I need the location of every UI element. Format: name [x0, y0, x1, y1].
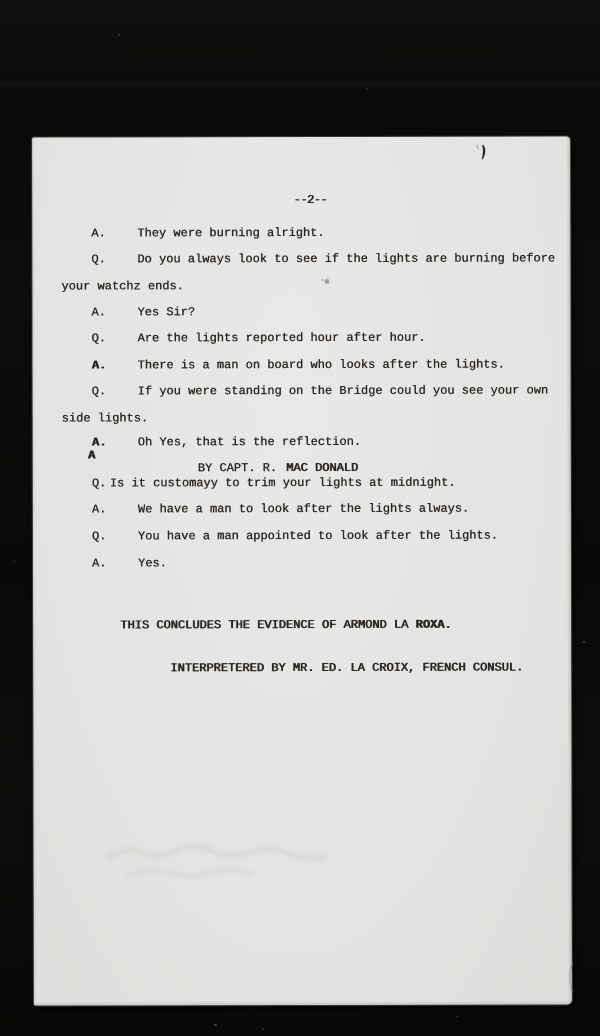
qa-text: Do you always look to see if the lights … [137, 251, 555, 266]
qa-text: We have a man to look after the lights a… [138, 502, 469, 517]
qa-line: A.Yes Sir? [91, 305, 195, 319]
scanned-page-background: --2-- A.They were burning alright. Q.Do … [0, 0, 600, 1036]
qa-text: Are the lights reported hour after hour. [137, 331, 425, 346]
qa-label: A. [91, 226, 137, 240]
qa-text: You have a man appointed to look after t… [138, 529, 498, 544]
qa-text: Oh Yes, that is the reflection. [138, 435, 361, 449]
qa-text: Yes. [138, 556, 167, 570]
dust-speck [583, 641, 585, 643]
qa-line: A.We have a man to look after the lights… [92, 502, 469, 517]
qa-label: A. [91, 305, 137, 319]
dust-speck [456, 1016, 458, 1017]
qa-line: Q.Is it customayy to trim your lights at… [92, 476, 456, 491]
dust-speck [366, 88, 368, 89]
stray-typed-letter: A [88, 448, 95, 462]
qa-label-overstruck: A. [92, 435, 138, 449]
dust-speck [14, 560, 15, 562]
qa-line: Q.You have a man appointed to look after… [92, 529, 498, 544]
byline-prefix: BY CAPT. R. [198, 461, 277, 475]
qa-label: A. [92, 502, 138, 516]
handwritten-ink-mark [473, 143, 491, 163]
qa-line: Q.Are the lights reported hour after hou… [91, 331, 425, 346]
closing-statement: THIS CONCLUDES THE EVIDENCE OF ARMOND LA… [120, 618, 451, 633]
dust-speck [118, 34, 120, 36]
qa-label: Q. [91, 331, 137, 345]
interpreter-statement: INTERPRETERED BY MR. ED. LA CROIX, FRENC… [170, 661, 523, 676]
qa-label: Q. [92, 384, 138, 398]
qa-line: A.Yes. [92, 556, 167, 570]
qa-label: A. [92, 358, 138, 372]
ink-smudge [321, 279, 323, 281]
byline: BY CAPT. R.MAC DONALD [198, 461, 358, 475]
qa-text: They were burning alright. [137, 226, 324, 240]
qa-line: A.They were burning alright. [91, 226, 324, 240]
page-number: --2-- [32, 192, 570, 207]
dust-speck [214, 1024, 217, 1026]
dust-speck [262, 1028, 264, 1030]
qa-continuation-line: side lights. [62, 411, 148, 425]
qa-text: If you were standing on the Bridge could… [138, 383, 548, 398]
ink-smudge [324, 279, 329, 284]
qa-line: Q.If you were standing on the Bridge cou… [92, 383, 548, 398]
paper-curl-mark [566, 961, 576, 993]
ghost-bleedthrough-marks [89, 827, 489, 898]
closing-prefix: THIS CONCLUDES THE EVIDENCE OF ARMOND LA [120, 618, 408, 633]
qa-continuation-line: your watchz ends. [61, 279, 183, 293]
byline-name: MAC DONALD [286, 461, 358, 475]
qa-label: A. [92, 556, 138, 570]
qa-label: Q. [92, 476, 110, 490]
closing-name: ROXA. [415, 618, 451, 632]
qa-line: Q.Do you always look to see if the light… [91, 251, 555, 266]
qa-text: Is it customayy to trim your lights at m… [110, 476, 456, 491]
qa-text: Yes Sir? [137, 305, 195, 319]
document-paper: --2-- A.They were burning alright. Q.Do … [32, 136, 572, 1005]
qa-label: Q. [91, 252, 137, 266]
qa-text: There is a man on board who looks after … [138, 358, 505, 373]
qa-line: A.There is a man on board who looks afte… [92, 358, 505, 373]
qa-line: A.Oh Yes, that is the reflection. [92, 435, 361, 450]
qa-label: Q. [92, 529, 138, 543]
